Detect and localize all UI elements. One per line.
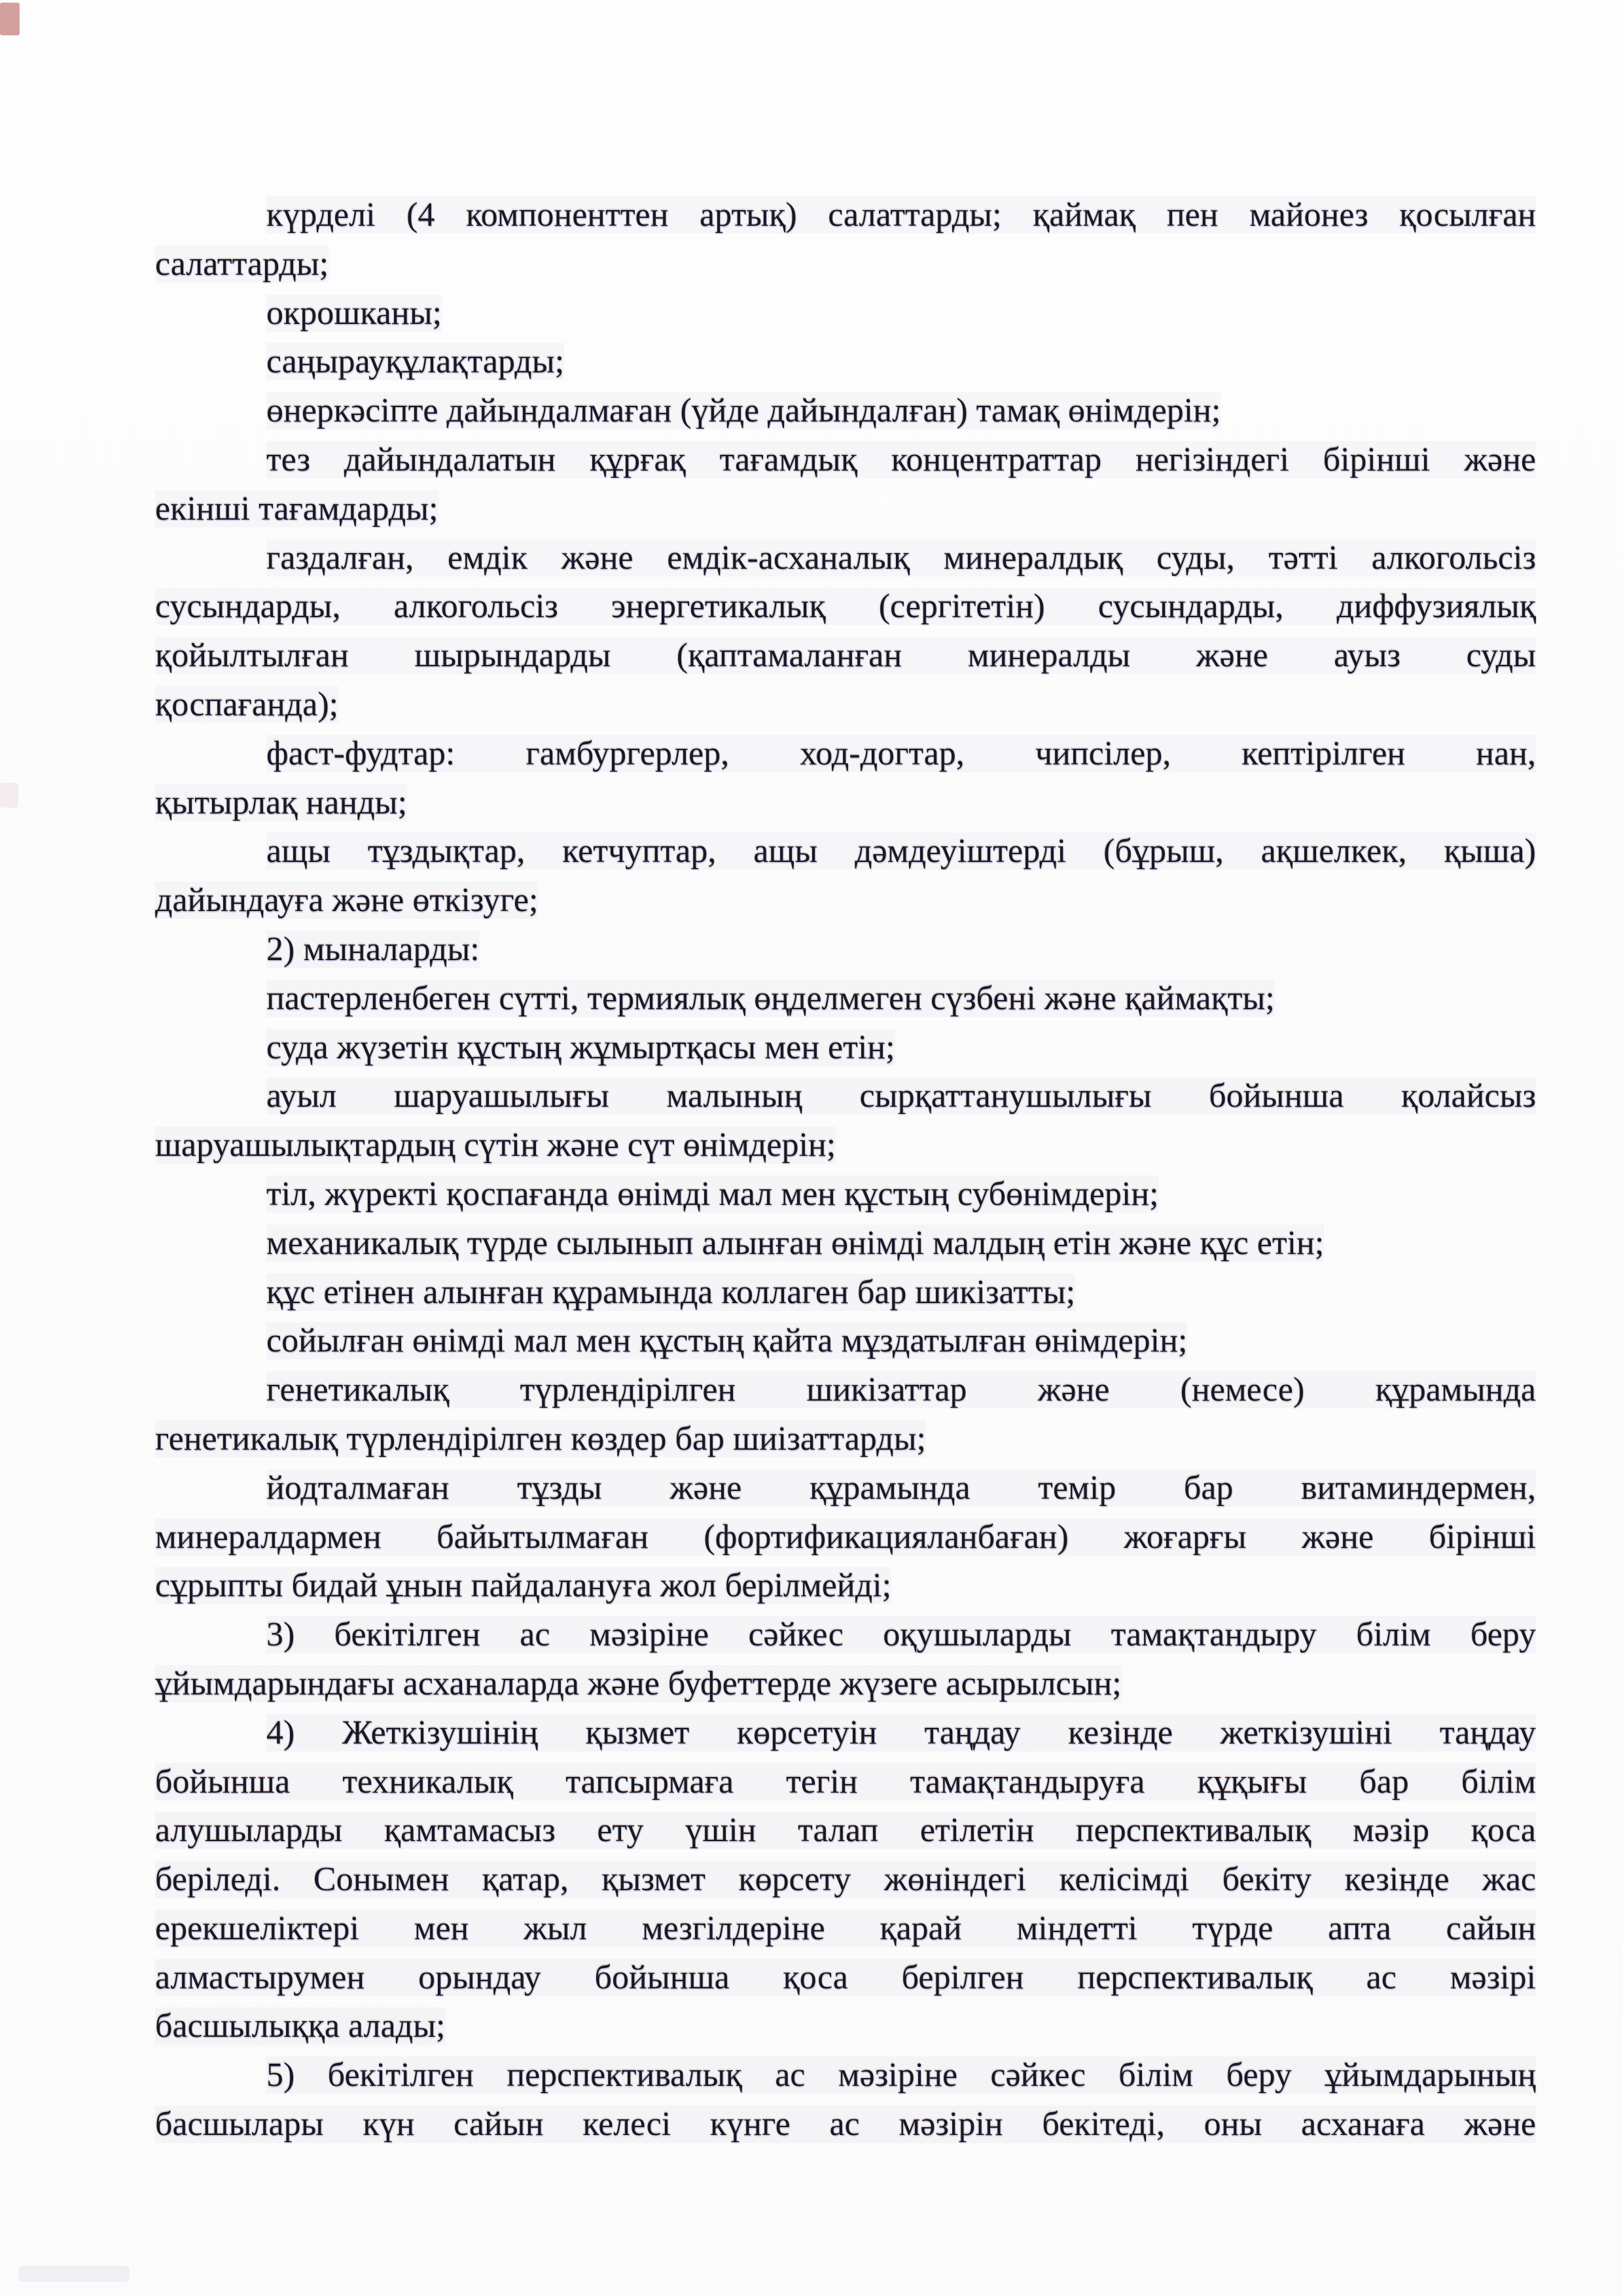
text-line-content: ащы тұздықтар, кетчуптар, ащы дәмдеуіште…	[266, 833, 1536, 870]
text-line-content: 3) бекітілген ас мәзіріне сәйкес оқушыла…	[266, 1616, 1536, 1653]
text-line: сойылған өнімді мал мен құстың қайта мұз…	[155, 1317, 1536, 1366]
text-line-content: қойылтылған шырындарды (қаптамаланған ми…	[155, 637, 1536, 674]
text-line: саңырауқұлақтарды;	[155, 338, 1536, 387]
text-line-content: 4) Жеткізушінің қызмет көрсетуін таңдау …	[266, 1714, 1536, 1751]
text-line: бойынша техникалық тапсырмаға тегін тама…	[155, 1758, 1536, 1807]
text-line: өнеркәсіпте дайындалмаған (үйде дайындал…	[155, 387, 1536, 436]
text-line-content: газдалған, емдік және емдік-асханалық ми…	[266, 539, 1536, 577]
text-line: салаттарды;	[155, 240, 1536, 289]
text-line: йодталмаған тұзды және құрамында темір б…	[155, 1464, 1536, 1513]
text-line-content: бойынша техникалық тапсырмаға тегін тама…	[155, 1763, 1536, 1801]
text-line: генетикалық түрлендірілген көздер бар ши…	[155, 1415, 1536, 1464]
text-line: фаст-фудтар: гамбургерлер, ход-догтар, ч…	[155, 730, 1536, 779]
text-line: газдалған, емдік және емдік-асханалық ми…	[155, 534, 1536, 583]
text-line-content: генетикалық түрлендірілген шикізаттар жә…	[266, 1371, 1536, 1408]
text-line: шаруашылықтардың сүтін және сүт өнімдері…	[155, 1121, 1536, 1170]
text-line: 5) бекітілген перспективалық ас мәзіріне…	[155, 2051, 1536, 2100]
text-line-content: 2) мыналарды:	[266, 931, 480, 968]
document-text: күрделі (4 компоненттен артық) салаттард…	[155, 191, 1536, 2149]
text-line-content: суда жүзетін құстың жұмыртқасы мен етін;	[266, 1029, 895, 1066]
text-line-content: генетикалық түрлендірілген көздер бар ши…	[155, 1420, 926, 1458]
text-line: суда жүзетін құстың жұмыртқасы мен етін;	[155, 1024, 1536, 1073]
text-line: алушыларды қамтамасыз ету үшін талап еті…	[155, 1806, 1536, 1856]
text-line: екінші тағамдарды;	[155, 485, 1536, 534]
text-line: 4) Жеткізушінің қызмет көрсетуін таңдау …	[155, 1709, 1536, 1758]
text-line-content: сусындарды, алкогольсіз энергетикалық (с…	[155, 588, 1536, 625]
text-line-content: тез дайындалатын құрғақ тағамдық концент…	[266, 441, 1536, 478]
document-page: күрделі (4 компоненттен артық) салаттард…	[0, 0, 1623, 2296]
text-line-content: ерекшеліктері мен жыл мезгілдеріне қарай…	[155, 1910, 1536, 1947]
text-line-content: шаруашылықтардың сүтін және сүт өнімдері…	[155, 1126, 836, 1164]
text-line: пастерленбеген сүтті, термиялық өңделмег…	[155, 975, 1536, 1024]
text-line: сұрыпты бидай ұнын пайдалануға жол беріл…	[155, 1562, 1536, 1611]
text-line-content: йодталмаған тұзды және құрамында темір б…	[266, 1469, 1536, 1507]
text-line-content: минералдармен байытылмаған (фортификация…	[155, 1518, 1536, 1556]
text-line: алмастырумен орындау бойынша қоса берілг…	[155, 1954, 1536, 2003]
text-line-content: фаст-фудтар: гамбургерлер, ход-догтар, ч…	[266, 735, 1536, 772]
text-line: құс етінен алынған құрамында коллаген ба…	[155, 1268, 1536, 1318]
text-line: 3) бекітілген ас мәзіріне сәйкес оқушыла…	[155, 1611, 1536, 1660]
text-line-content: басшылыққа алады;	[155, 2007, 446, 2045]
text-line: 2) мыналарды:	[155, 925, 1536, 975]
text-line: ащы тұздықтар, кетчуптар, ащы дәмдеуіште…	[155, 827, 1536, 876]
text-line: тіл, жүректі қоспағанда өнімді мал мен қ…	[155, 1170, 1536, 1219]
scan-artifact-bottom	[18, 2266, 130, 2282]
text-line: басшылары күн сайын келесі күнге ас мәзі…	[155, 2100, 1536, 2149]
text-line: күрделі (4 компоненттен артық) салаттард…	[155, 191, 1536, 240]
text-line-content: құс етінен алынған құрамында коллаген ба…	[266, 1274, 1075, 1311]
text-line-content: саңырауқұлақтарды;	[266, 343, 564, 380]
text-line-content: ауыл шаруашылығы малының сырқаттанушылығ…	[266, 1077, 1536, 1115]
text-line-content: окрошканы;	[266, 295, 442, 332]
text-line: ауыл шаруашылығы малының сырқаттанушылығ…	[155, 1072, 1536, 1121]
text-line-content: сұрыпты бидай ұнын пайдалануға жол беріл…	[155, 1567, 891, 1604]
text-line: ұйымдарындағы асханаларда және буфеттерд…	[155, 1660, 1536, 1709]
text-line: сусындарды, алкогольсіз энергетикалық (с…	[155, 583, 1536, 632]
text-line: генетикалық түрлендірілген шикізаттар жә…	[155, 1366, 1536, 1415]
text-line-content: қытырлақ нанды;	[155, 784, 407, 821]
text-line-content: күрделі (4 компоненттен артық) салаттард…	[266, 196, 1536, 234]
text-line: минералдармен байытылмаған (фортификация…	[155, 1513, 1536, 1562]
text-line: қоспағанда);	[155, 681, 1536, 730]
scan-artifact-top-left	[0, 3, 20, 35]
text-line-content: дайындауға және өткізуге;	[155, 882, 538, 919]
text-line: дайындауға және өткізуге;	[155, 876, 1536, 925]
text-line-content: алмастырумен орындау бойынша қоса берілг…	[155, 1959, 1536, 1996]
text-line-content: пастерленбеген сүтті, термиялық өңделмег…	[266, 980, 1275, 1017]
text-line: ерекшеліктері мен жыл мезгілдеріне қарай…	[155, 1905, 1536, 1954]
text-line-content: салаттарды;	[155, 245, 329, 283]
text-line: беріледі. Сонымен қатар, қызмет көрсету …	[155, 1856, 1536, 1905]
text-line-content: басшылары күн сайын келесі күнге ас мәзі…	[155, 2106, 1536, 2143]
text-line-content: алушыларды қамтамасыз ету үшін талап еті…	[155, 1812, 1536, 1849]
text-line-content: механикалық түрде сылынып алынған өнімді…	[266, 1225, 1324, 1262]
text-line: окрошканы;	[155, 289, 1536, 338]
text-line: қойылтылған шырындарды (қаптамаланған ми…	[155, 632, 1536, 681]
text-line: механикалық түрде сылынып алынған өнімді…	[155, 1219, 1536, 1268]
text-line-content: тіл, жүректі қоспағанда өнімді мал мен қ…	[266, 1175, 1159, 1213]
text-line-content: сойылған өнімді мал мен құстың қайта мұз…	[266, 1322, 1187, 1359]
text-line: қытырлақ нанды;	[155, 779, 1536, 828]
text-line-content: беріледі. Сонымен қатар, қызмет көрсету …	[155, 1861, 1536, 1898]
text-line-content: ұйымдарындағы асханаларда және буфеттерд…	[155, 1665, 1122, 1702]
text-line-content: екінші тағамдарды;	[155, 490, 438, 528]
text-line-content: қоспағанда);	[155, 686, 338, 723]
text-line: тез дайындалатын құрғақ тағамдық концент…	[155, 436, 1536, 485]
text-line: басшылыққа алады;	[155, 2002, 1536, 2051]
text-line-content: 5) бекітілген перспективалық ас мәзіріне…	[266, 2056, 1536, 2094]
scan-artifact-mid-left	[0, 783, 18, 808]
text-line-content: өнеркәсіпте дайындалмаған (үйде дайындал…	[266, 392, 1221, 429]
